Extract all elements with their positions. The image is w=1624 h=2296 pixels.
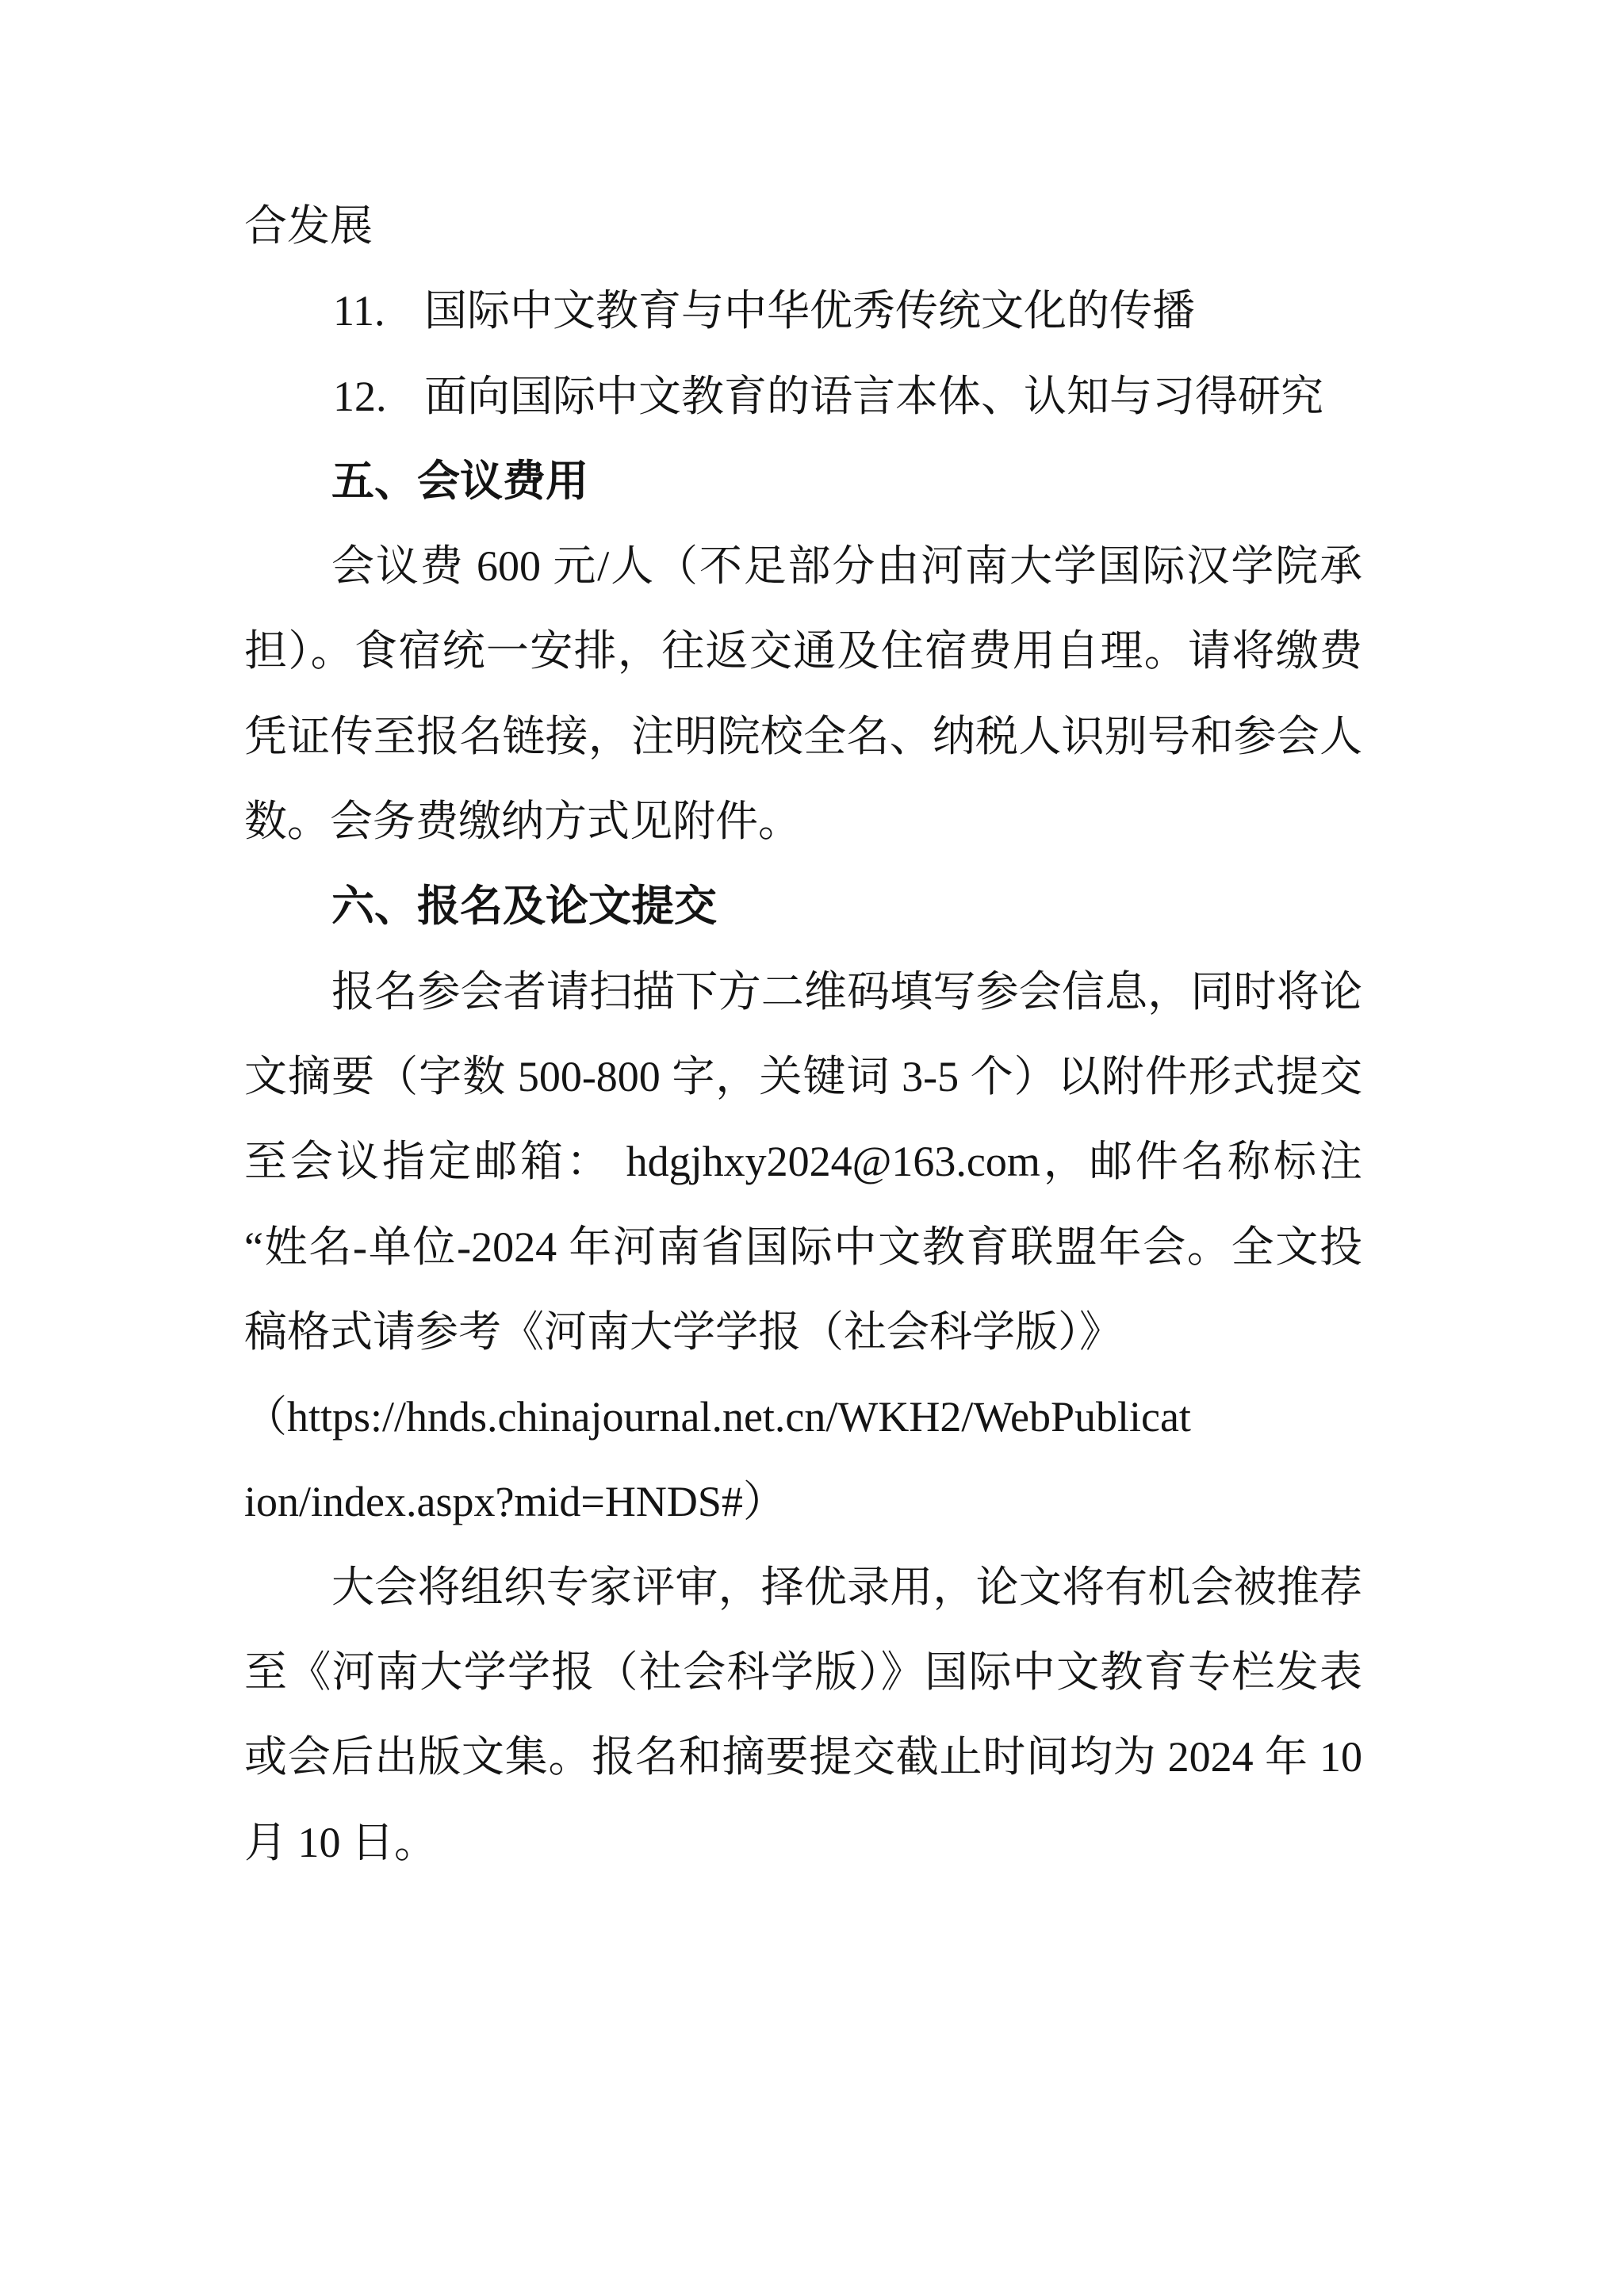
journal-url-line-1: （https://hnds.chinajournal.net.cn/WKH2/W… (244, 1375, 1362, 1460)
topic-item-11-number: 11. (333, 269, 424, 354)
section-heading-registration-submission: 六、报名及论文提交 (244, 864, 1362, 949)
fees-paragraph-line-2: 担）。食宿统一安排，往返交通及住宿费用自理。请将缴费 (244, 609, 1362, 694)
document-body: 合发展 11.国际中文教育与中华优秀传统文化的传播 12.面向国际中文教育的语言… (244, 184, 1362, 1885)
registration-paragraph-line-3-email: 至会议指定邮箱： hdgjhxy2024@163.com，邮件名称标注 (244, 1119, 1362, 1204)
continuation-line-topic-10: 合发展 (244, 184, 1362, 269)
fees-paragraph-line-1: 会议费 600 元/人（不足部分由河南大学国际汉学院承 (244, 524, 1362, 609)
topic-item-12-number: 12. (333, 354, 424, 439)
topic-item-12-text: 面向国际中文教育的语言本体、认知与习得研究 (424, 373, 1323, 420)
review-paragraph-line-3-deadline: 或会后出版文集。报名和摘要提交截止时间均为 2024 年 10 (244, 1715, 1362, 1800)
section-heading-conference-fees: 五、会议费用 (244, 439, 1362, 524)
topic-item-11-text: 国际中文教育与中华优秀传统文化的传播 (424, 287, 1195, 335)
document-page: 合发展 11.国际中文教育与中华优秀传统文化的传播 12.面向国际中文教育的语言… (0, 0, 1624, 2296)
topic-item-11: 11.国际中文教育与中华优秀传统文化的传播 (244, 269, 1362, 354)
fees-paragraph-line-3: 凭证传至报名链接，注明院校全名、纳税人识别号和参会人 (244, 695, 1362, 779)
review-paragraph-line-1: 大会将组织专家评审，择优录用，论文将有机会被推荐 (244, 1545, 1362, 1630)
review-paragraph-line-4: 月 10 日。 (244, 1800, 1362, 1885)
fees-paragraph-line-4: 数。会务费缴纳方式见附件。 (244, 779, 1362, 864)
registration-paragraph-line-4: “姓名-单位-2024 年河南省国际中文教育联盟年会。全文投 (244, 1205, 1362, 1290)
review-paragraph-line-2: 至《河南大学学报（社会科学版）》国际中文教育专栏发表 (244, 1630, 1362, 1715)
journal-url-line-2: ion/index.aspx?mid=HNDS#） (244, 1460, 1362, 1544)
registration-paragraph-line-2: 文摘要（字数 500-800 字，关键词 3-5 个）以附件形式提交 (244, 1035, 1362, 1119)
topic-item-12: 12.面向国际中文教育的语言本体、认知与习得研究 (244, 354, 1362, 439)
registration-paragraph-line-5-journal: 稿格式请参考《河南大学学报（社会科学版）》 (244, 1290, 1362, 1375)
registration-paragraph-line-1: 报名参会者请扫描下方二维码填写参会信息，同时将论 (244, 950, 1362, 1035)
